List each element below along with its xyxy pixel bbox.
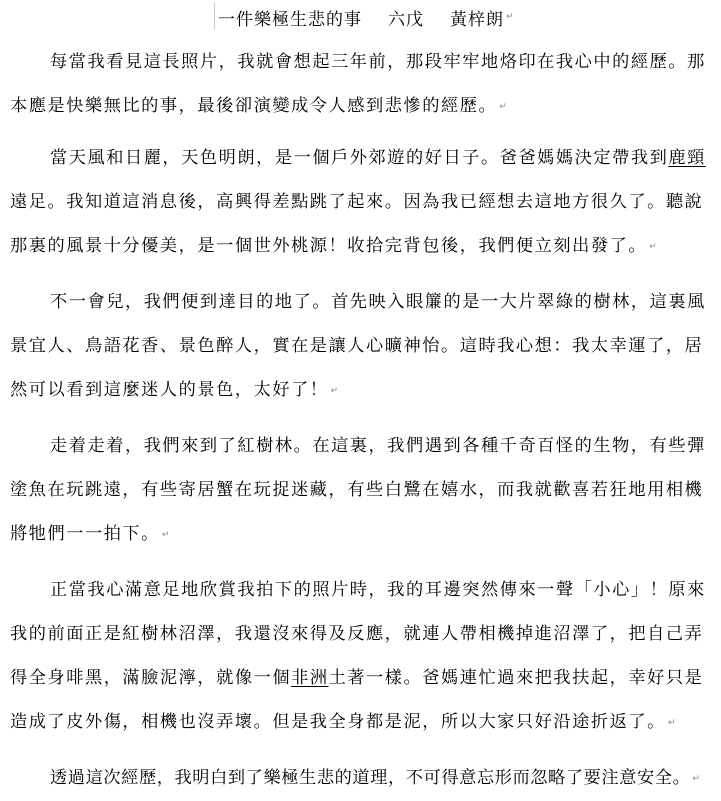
- text-line: 那裏的風景十分優美，是一個世外桃源！收拾完背包後，我們便立刻出發了。↵: [10, 224, 710, 268]
- text-line: 透過這次經歷，我明白到了樂極生悲的道理，不可得意忘形而忽略了要注意安全。↵: [10, 756, 710, 800]
- essay-title: 一件樂極生悲的事: [214, 5, 362, 30]
- text-line: 每當我看見這長照片，我就會想起三年前，那段牢牢地烙印在我心中的經歷。那: [10, 40, 710, 84]
- text-line: 走着走着，我們來到了紅樹林。在這裏，我們遇到各種千奇百怪的生物，有些彈: [10, 424, 710, 468]
- underlined-place-name: 非洲: [291, 668, 328, 688]
- text-line: 然可以看到這麼迷人的景色，太好了！↵: [10, 368, 710, 412]
- text-line: 得全身啡黑，滿臉泥濘，就像一個非洲土著一樣。爸媽連忙過來把我扶起，幸好只是: [10, 656, 710, 700]
- paragraph-mark-icon: ↵: [331, 386, 340, 396]
- paragraph-mark-icon: ↵: [162, 530, 171, 540]
- author-name: 黃梓朗: [446, 5, 504, 30]
- underlined-place-name: 鹿頸: [668, 148, 705, 168]
- paragraph-mark-icon: ↵: [692, 774, 700, 784]
- paragraph-mark-icon: ↵: [668, 718, 677, 728]
- paragraph-6: 透過這次經歷，我明白到了樂極生悲的道理，不可得意忘形而忽略了要注意安全。↵: [10, 756, 710, 800]
- text-line: 塗魚在玩跳遠，有些寄居蟹在玩捉迷藏，有些白鷺在嬉水，而我就歡喜若狂地用相機: [10, 468, 710, 512]
- paragraph-5: 正當我心滿意足地欣賞我拍下的照片時，我的耳邊突然傳來一聲「小心」！原來 我的前面…: [10, 568, 710, 744]
- document-page: 一件樂極生悲的事 六戊 黃梓朗 ↵ 每當我看見這長照片，我就會想起三年前，那段牢…: [0, 0, 721, 801]
- paragraph-3: 不一會兒，我們便到達目的地了。首先映入眼簾的是一大片翠綠的樹林，這裏風 景宜人、…: [10, 280, 710, 412]
- text-line: 造成了皮外傷，相機也沒弄壞。但是我全身都是泥，所以大家只好沿途折返了。↵: [10, 700, 710, 744]
- text-line: 本應是快樂無比的事，最後卻演變成令人感到悲慘的經歷。↵: [10, 84, 710, 128]
- text-line: 當天風和日麗，天色明朗，是一個戶外郊遊的好日子。爸爸媽媽決定帶我到鹿頸: [10, 136, 710, 180]
- paragraph-mark-icon: ↵: [649, 242, 658, 252]
- text-line: 正當我心滿意足地欣賞我拍下的照片時，我的耳邊突然傳來一聲「小心」！原來: [10, 568, 710, 612]
- text-line: 我的前面正是紅樹林沼澤，我還沒來得及反應，就連人帶相機掉進沼澤了，把自己弄: [10, 612, 710, 656]
- text-line: 遠足。我知道這消息後，高興得差點跳了起來。因為我已經想去這地方很久了。聽說: [10, 180, 710, 224]
- class-name: 六戊: [384, 5, 424, 30]
- paragraph-1: 每當我看見這長照片，我就會想起三年前，那段牢牢地烙印在我心中的經歷。那 本應是快…: [10, 40, 710, 128]
- paragraph-4: 走着走着，我們來到了紅樹林。在這裏，我們遇到各種千奇百怪的生物，有些彈 塗魚在玩…: [10, 424, 710, 556]
- paragraph-2: 當天風和日麗，天色明朗，是一個戶外郊遊的好日子。爸爸媽媽決定帶我到鹿頸 遠足。我…: [10, 136, 710, 268]
- paragraph-mark-icon: ↵: [506, 12, 514, 22]
- text-line: 將牠們一一拍下。↵: [10, 512, 710, 556]
- essay-title-line: 一件樂極生悲的事 六戊 黃梓朗 ↵: [214, 4, 514, 30]
- text-line: 景宜人、鳥語花香、景色醉人，實在是讓人心曠神怡。這時我心想：我太幸運了，居: [10, 324, 710, 368]
- paragraph-mark-icon: ↵: [499, 102, 508, 112]
- text-line: 不一會兒，我們便到達目的地了。首先映入眼簾的是一大片翠綠的樹林，這裏風: [10, 280, 710, 324]
